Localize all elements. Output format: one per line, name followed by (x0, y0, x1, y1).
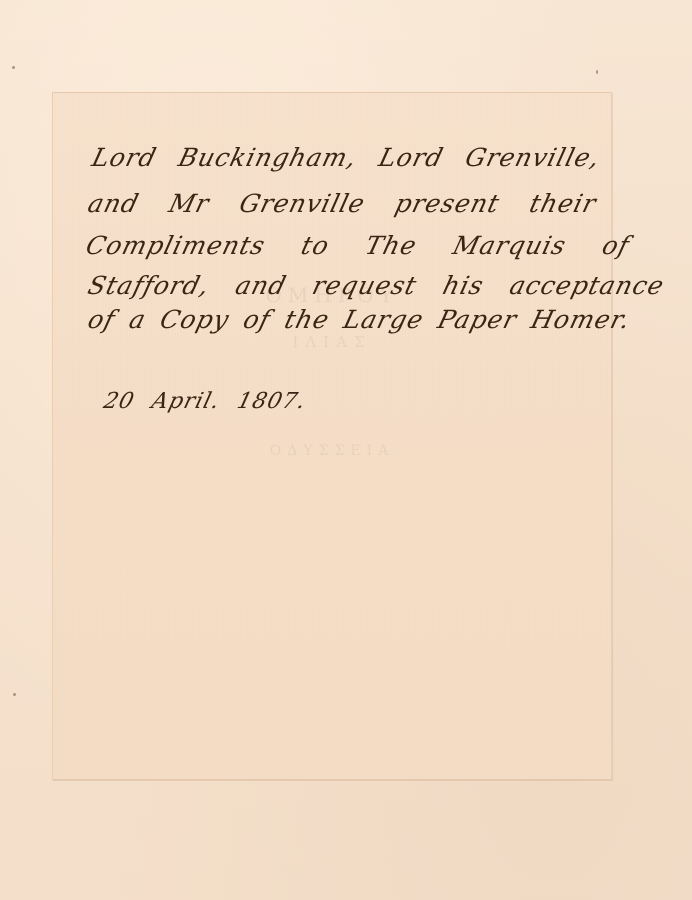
paper-speck (12, 66, 15, 69)
inserted-note-paper: ΟΜΗΡΟΥ ΙΛΙΑΣ ΟΔΥΣΣΕΙΑ Lord Buckingham, L… (52, 92, 612, 780)
book-page: ΟΜΗΡΟΥ ΙΛΙΑΣ ΟΔΥΣΣΕΙΑ Lord Buckingham, L… (0, 0, 692, 900)
note-line-2: and Mr Grenville present their (85, 189, 600, 218)
note-line-1: Lord Buckingham, Lord Grenville, (89, 143, 603, 172)
show-through-odyssey: ΟΔΥΣΣΕΙΑ (53, 443, 611, 459)
note-line-4: Stafford, and request his acceptance (85, 271, 668, 300)
paper-speck (13, 693, 16, 696)
show-through-iliad: ΙΛΙΑΣ (53, 333, 611, 351)
note-line-5: of a Copy of the Large Paper Homer. (85, 305, 634, 334)
note-date: 20 April. 1807. (101, 389, 309, 414)
note-line-3: Compliments to The Marquis of (83, 231, 633, 260)
paper-speck (596, 70, 598, 74)
